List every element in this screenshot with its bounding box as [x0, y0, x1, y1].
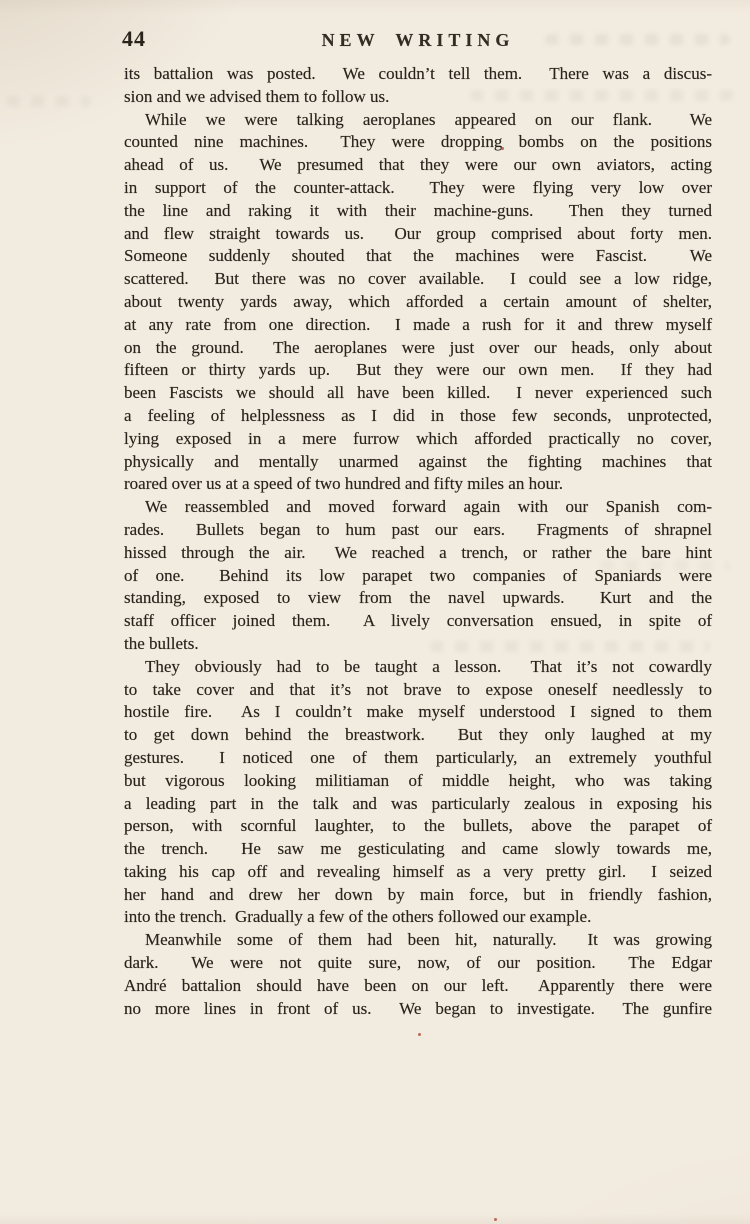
text-line: to take cover and that it’s not brave to…	[124, 679, 712, 702]
text-line: sion and we advised them to follow us.	[124, 86, 712, 109]
text-line: Someone suddenly shouted that the machin…	[124, 245, 712, 268]
text-line: hostile fire. As I couldn’t make myself …	[124, 701, 712, 724]
ink-dot	[494, 1218, 497, 1221]
text-line: roared over us at a speed of two hundred…	[124, 473, 712, 496]
text-line: on the ground. The aeroplanes were just …	[124, 337, 712, 360]
page-body: its battalion was posted. We couldn’t te…	[124, 63, 712, 1020]
paragraph: its battalion was posted. We couldn’t te…	[124, 63, 712, 109]
text-line: to get down behind the breastwork. But t…	[124, 724, 712, 747]
text-line: its battalion was posted. We couldn’t te…	[124, 63, 712, 86]
text-line: her hand and drew her down by main force…	[124, 884, 712, 907]
text-line: While we were talking aeroplanes appeare…	[124, 109, 712, 132]
text-line: into the trench. Gradually a few of the …	[124, 906, 712, 929]
text-line: gestures. I noticed one of them particul…	[124, 747, 712, 770]
paragraph: They obviously had to be taught a lesson…	[124, 656, 712, 930]
text-line: lying exposed in a mere furrow which aff…	[124, 428, 712, 451]
paragraph: Meanwhile some of them had been hit, nat…	[124, 929, 712, 1020]
text-line: André battalion should have been on our …	[124, 975, 712, 998]
ink-dot	[418, 1033, 421, 1036]
text-line: been Fascists we should all have been ki…	[124, 382, 712, 405]
text-line: They obviously had to be taught a lesson…	[124, 656, 712, 679]
text-line: physically and mentally unarmed against …	[124, 451, 712, 474]
text-line: rades. Bullets began to hum past our ear…	[124, 519, 712, 542]
text-line: the bullets.	[124, 633, 712, 656]
text-line: fifteen or thirty yards up. But they wer…	[124, 359, 712, 382]
text-line: Meanwhile some of them had been hit, nat…	[124, 929, 712, 952]
text-line: but vigorous looking militiaman of middl…	[124, 770, 712, 793]
text-line: dark. We were not quite sure, now, of ou…	[124, 952, 712, 975]
running-header: NEW WRITING	[124, 30, 712, 51]
paragraph: We reassembled and moved forward again w…	[124, 496, 712, 656]
text-line: staff officer joined them. A lively conv…	[124, 610, 712, 633]
text-line: ahead of us. We presumed that they were …	[124, 154, 712, 177]
text-line: We reassembled and moved forward again w…	[124, 496, 712, 519]
text-line: no more lines in front of us. We began t…	[124, 998, 712, 1021]
text-line: a leading part in the talk and was parti…	[124, 793, 712, 816]
book-page: 44 NEW WRITING its battalion was posted.…	[0, 0, 750, 1224]
text-line: the trench. He saw me gesticulating and …	[124, 838, 712, 861]
text-line: the line and raking it with their machin…	[124, 200, 712, 223]
show-through-smudge	[6, 96, 91, 107]
text-line: about twenty yards away, which afforded …	[124, 291, 712, 314]
text-line: hissed through the air. We reached a tre…	[124, 542, 712, 565]
paragraph: While we were talking aeroplanes appeare…	[124, 109, 712, 497]
text-line: a feeling of helplessness as I did in th…	[124, 405, 712, 428]
text-line: and flew straight towards us. Our group …	[124, 223, 712, 246]
text-line: person, with scornful laughter, to the b…	[124, 815, 712, 838]
text-line: taking his cap off and revealing himself…	[124, 861, 712, 884]
text-line: counted nine machines. They were droppin…	[124, 131, 712, 154]
text-line: scattered. But there was no cover availa…	[124, 268, 712, 291]
text-line: in support of the counter-attack. They w…	[124, 177, 712, 200]
text-line: at any rate from one direction. I made a…	[124, 314, 712, 337]
text-line: standing, exposed to view from the navel…	[124, 587, 712, 610]
text-line: of one. Behind its low parapet two compa…	[124, 565, 712, 588]
